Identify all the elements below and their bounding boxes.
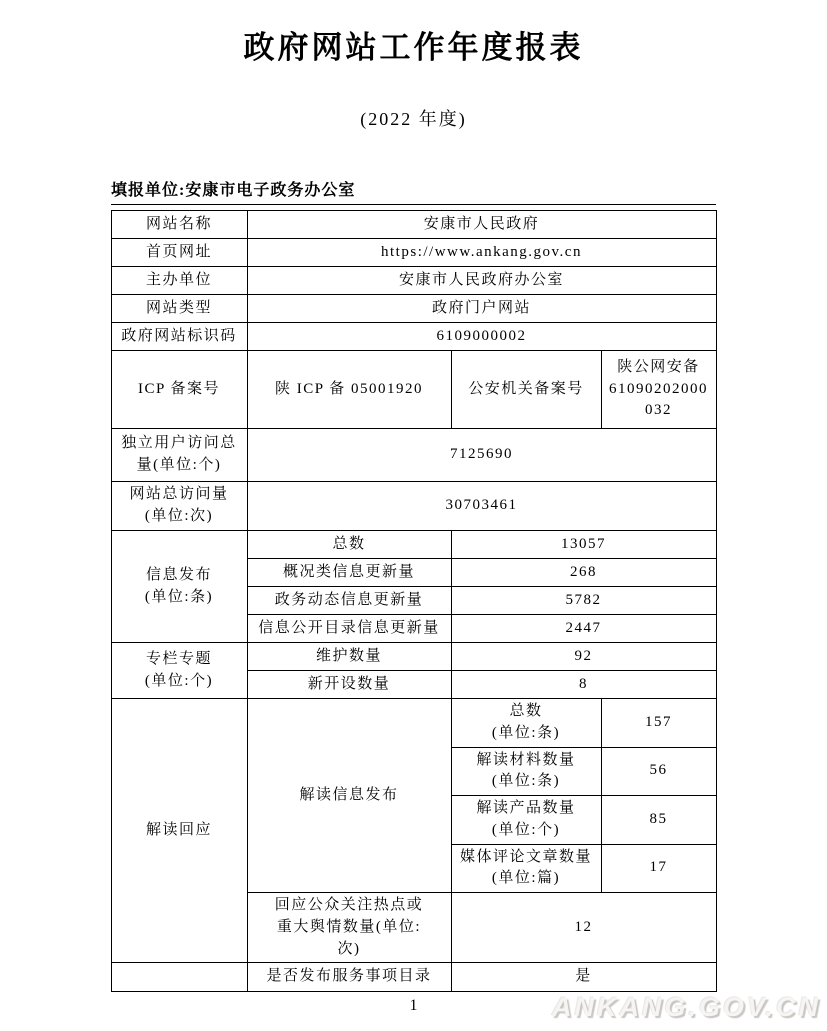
media-comment-label: 媒体评论文章数量 (单位:篇): [451, 844, 601, 893]
open-directory-update-value: 2447: [451, 615, 716, 643]
table-row: 政府网站标识码 6109000002: [111, 323, 716, 351]
icp-row: ICP 备案号 陕 ICP 备 05001920 公安机关备案号 陕公网安备 6…: [111, 351, 716, 429]
site-id-label: 政府网站标识码: [111, 323, 247, 351]
table-row: 首页网址 https://www.ankang.gov.cn: [111, 239, 716, 267]
info-publish-group-label: 信息发布 (单位:条): [111, 531, 247, 643]
home-url-label: 首页网址: [111, 239, 247, 267]
info-publish-row: 信息发布 (单位:条) 总数 13057: [111, 531, 716, 559]
new-count-label: 新开设数量: [247, 671, 451, 699]
total-visits-label: 网站总访问量 (单位:次): [111, 482, 247, 531]
annual-report-table: 网站名称 安康市人民政府 首页网址 https://www.ankang.gov…: [111, 210, 717, 992]
reporting-unit-heading: 填报单位:安康市电子政务办公室: [111, 177, 716, 205]
site-id-value: 6109000002: [247, 323, 716, 351]
table-row: 网站名称 安康市人民政府: [111, 211, 716, 239]
interp-material-value: 56: [601, 747, 716, 796]
site-type-label: 网站类型: [111, 295, 247, 323]
info-total-label: 总数: [247, 531, 451, 559]
gov-news-update-value: 5782: [451, 587, 716, 615]
report-page: 政府网站工作年度报表 (2022 年度) 填报单位:安康市电子政务办公室 网站名…: [0, 0, 827, 1031]
maintained-count-value: 92: [451, 643, 716, 671]
public-response-label: 回应公众关注热点或 重大舆情数量(单位: 次): [247, 893, 451, 963]
special-columns-row: 专栏专题 (单位:个) 维护数量 92: [111, 643, 716, 671]
interp-material-label: 解读材料数量 (单位:条): [451, 747, 601, 796]
empty-cell: [111, 963, 247, 992]
site-name-value: 安康市人民政府: [247, 211, 716, 239]
sponsor-label: 主办单位: [111, 267, 247, 295]
special-columns-group-label: 专栏专题 (单位:个): [111, 643, 247, 699]
interp-total-value: 157: [601, 699, 716, 748]
overview-update-label: 概况类信息更新量: [247, 559, 451, 587]
unique-visitors-label: 独立用户访问总 量(单位:个): [111, 429, 247, 482]
page-title: 政府网站工作年度报表: [0, 0, 827, 67]
media-comment-value: 17: [601, 844, 716, 893]
sponsor-value: 安康市人民政府办公室: [247, 267, 716, 295]
table-row: 主办单位 安康市人民政府办公室: [111, 267, 716, 295]
service-directory-value: 是: [451, 963, 716, 992]
interpretation-publish-label: 解读信息发布: [247, 699, 451, 893]
overview-update-value: 268: [451, 559, 716, 587]
info-total-value: 13057: [451, 531, 716, 559]
site-type-value: 政府门户网站: [247, 295, 716, 323]
unique-visitors-row: 独立用户访问总 量(单位:个) 7125690: [111, 429, 716, 482]
home-url-value: https://www.ankang.gov.cn: [247, 239, 716, 267]
public-response-value: 12: [451, 893, 716, 963]
page-subtitle: (2022 年度): [0, 105, 827, 131]
icp-label: ICP 备案号: [111, 351, 247, 429]
total-visits-value: 30703461: [247, 482, 716, 531]
maintained-count-label: 维护数量: [247, 643, 451, 671]
open-directory-update-label: 信息公开目录信息更新量: [247, 615, 451, 643]
table-row: 网站类型 政府门户网站: [111, 295, 716, 323]
icp-value: 陕 ICP 备 05001920: [247, 351, 451, 429]
security-record-label: 公安机关备案号: [451, 351, 601, 429]
new-count-value: 8: [451, 671, 716, 699]
service-directory-label: 是否发布服务事项目录: [247, 963, 451, 992]
interpretation-group-label: 解读回应: [111, 699, 247, 963]
service-directory-row: 是否发布服务事项目录 是: [111, 963, 716, 992]
total-visits-row: 网站总访问量 (单位:次) 30703461: [111, 482, 716, 531]
interpretation-row: 解读回应 解读信息发布 总数 (单位:条) 157: [111, 699, 716, 748]
interp-total-label: 总数 (单位:条): [451, 699, 601, 748]
site-name-label: 网站名称: [111, 211, 247, 239]
interp-product-value: 85: [601, 796, 716, 845]
ankang-gov-watermark: ANKANG.GOV.CN: [552, 992, 821, 1023]
security-record-value: 陕公网安备 61090202000032: [601, 351, 716, 429]
interp-product-label: 解读产品数量 (单位:个): [451, 796, 601, 845]
unique-visitors-value: 7125690: [247, 429, 716, 482]
gov-news-update-label: 政务动态信息更新量: [247, 587, 451, 615]
